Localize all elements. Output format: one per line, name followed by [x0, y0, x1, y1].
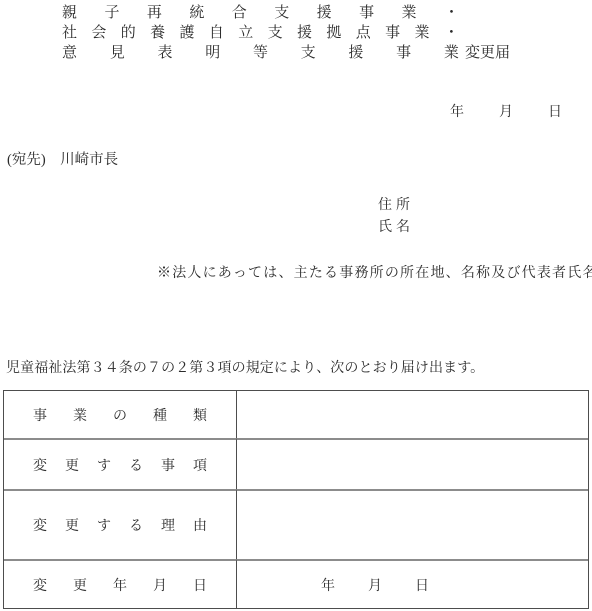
- form-title-line-2: 社会的養護自立支援拠点事業・: [62, 23, 459, 43]
- table-header-cell-business-type: 事業の種類: [4, 391, 237, 438]
- form-title-line-3: 意見表明等支援事業 変更届: [62, 43, 459, 63]
- table-header-label-change-date: 変更年月日: [33, 575, 207, 595]
- table-header-cell-change-reason: 変更する理由: [4, 489, 237, 559]
- change-date-units: 年 月 日: [321, 575, 429, 595]
- form-title-line-1: 親子再統合支援事業・: [62, 3, 459, 23]
- form-title-suffix: 変更届: [465, 43, 510, 63]
- corporate-note: ※法人にあっては、主たる事務所の所在地、名称及び代表者氏名: [157, 262, 592, 282]
- table-header-cell-change-date: 変更年月日: [4, 559, 237, 608]
- date-year-label: 年: [450, 104, 464, 122]
- table-header-cell-changed-item: 変更する事項: [4, 438, 237, 489]
- legal-statement: 児童福祉法第３４条の７の２第３項の規定により、次のとおり届け出ます。: [6, 357, 484, 377]
- table-value-cell-change-date: 年 月 日: [237, 559, 588, 608]
- table-value-cell-changed-item: [237, 438, 588, 489]
- form-title-line-3-main: 意見表明等支援事業: [62, 43, 459, 63]
- sender-name-label: 氏名: [378, 216, 414, 236]
- table-value-cell-business-type: [237, 391, 588, 438]
- sender-address-label: 住所: [378, 194, 414, 214]
- table-header-label-business-type: 事業の種類: [33, 405, 207, 425]
- addressee-line: (宛先) 川崎市長: [7, 148, 118, 169]
- table-header-label-changed-item: 変更する事項: [33, 455, 207, 475]
- change-notification-form: 親子再統合支援事業・ 社会的養護自立支援拠点事業・ 意見表明等支援事業 変更届 …: [0, 0, 592, 611]
- change-details-table: 事業の種類 変更する事項 変更する理由 変更年月日 年 月 日: [3, 390, 589, 609]
- change-date-month-label: 月: [368, 575, 382, 595]
- date-line: 年 月 日: [450, 104, 562, 122]
- change-date-day-label: 日: [415, 575, 429, 595]
- table-value-cell-change-reason: [237, 489, 588, 559]
- date-month-label: 月: [499, 104, 513, 122]
- table-header-label-change-reason: 変更する理由: [33, 515, 207, 535]
- date-day-label: 日: [548, 104, 562, 122]
- form-title: 親子再統合支援事業・ 社会的養護自立支援拠点事業・ 意見表明等支援事業 変更届: [62, 3, 459, 63]
- change-date-year-label: 年: [321, 575, 335, 595]
